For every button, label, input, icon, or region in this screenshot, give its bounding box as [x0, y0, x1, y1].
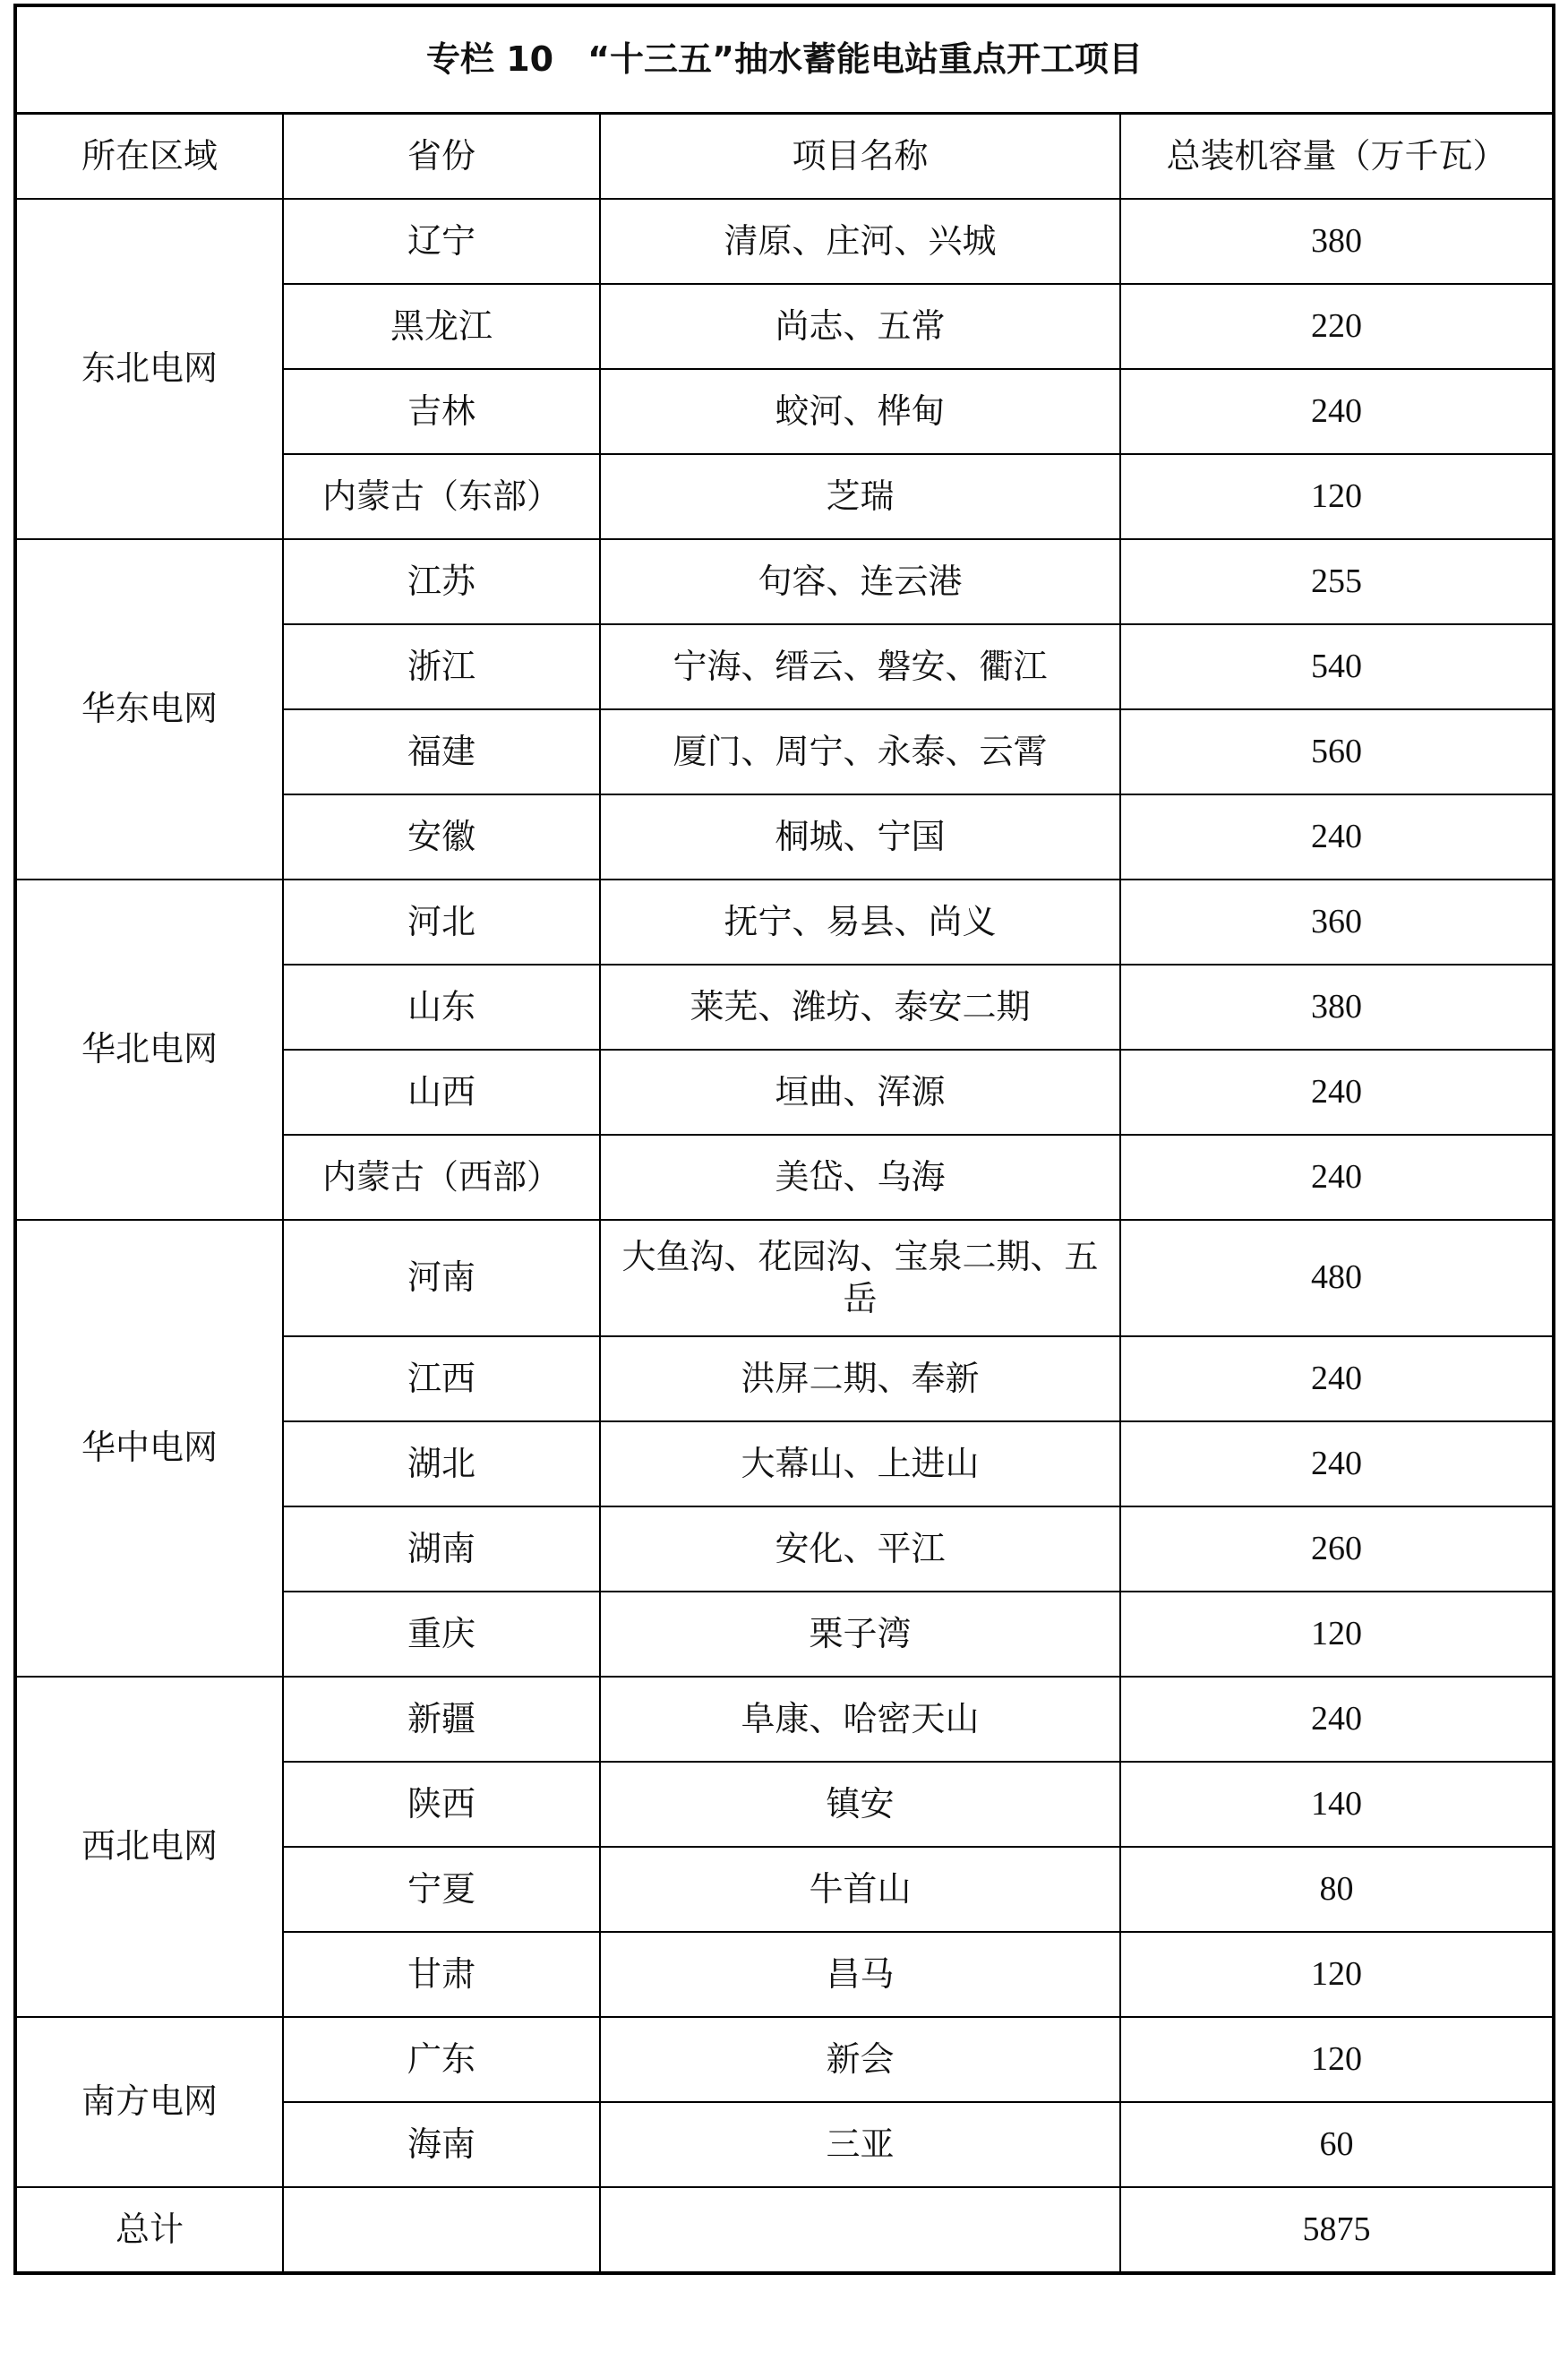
- capacity-cell: 120: [1120, 454, 1554, 539]
- capacity-cell: 240: [1120, 794, 1554, 880]
- province-cell: 新疆: [283, 1677, 600, 1762]
- capacity-cell: 240: [1120, 1135, 1554, 1220]
- project-cell: 芝瑞: [600, 454, 1120, 539]
- province-cell: 湖北: [283, 1421, 600, 1506]
- region-cell: 华东电网: [15, 539, 283, 880]
- province-cell: 福建: [283, 709, 600, 794]
- capacity-cell: 220: [1120, 284, 1554, 369]
- region-cell: 东北电网: [15, 199, 283, 539]
- region-cell: 华北电网: [15, 880, 283, 1220]
- project-cell: 新会: [600, 2017, 1120, 2102]
- project-cell: 尚志、五常: [600, 284, 1120, 369]
- project-cell: 镇安: [600, 1762, 1120, 1847]
- header-province: 省份: [283, 114, 600, 200]
- project-cell: 莱芜、潍坊、泰安二期: [600, 965, 1120, 1050]
- header-region: 所在区域: [15, 114, 283, 200]
- project-cell: 桐城、宁国: [600, 794, 1120, 880]
- capacity-cell: 360: [1120, 880, 1554, 965]
- capacity-cell: 240: [1120, 1336, 1554, 1421]
- province-cell: 浙江: [283, 624, 600, 709]
- capacity-cell: 260: [1120, 1506, 1554, 1592]
- province-cell: 山东: [283, 965, 600, 1050]
- capacity-cell: 240: [1120, 1050, 1554, 1135]
- capacity-cell: 60: [1120, 2102, 1554, 2187]
- project-cell: 美岱、乌海: [600, 1135, 1120, 1220]
- project-cell: 抚宁、易县、尚义: [600, 880, 1120, 965]
- capacity-cell: 480: [1120, 1220, 1554, 1336]
- header-project: 项目名称: [600, 114, 1120, 200]
- capacity-cell: 240: [1120, 1421, 1554, 1506]
- province-cell: 陕西: [283, 1762, 600, 1847]
- table-row: 东北电网辽宁清原、庄河、兴城380: [15, 199, 1554, 284]
- table-row: 西北电网新疆阜康、哈密天山240: [15, 1677, 1554, 1762]
- province-cell: 河北: [283, 880, 600, 965]
- province-cell: 江苏: [283, 539, 600, 624]
- header-capacity: 总装机容量（万千瓦）: [1120, 114, 1554, 200]
- total-label: 总计: [15, 2187, 283, 2273]
- project-cell: 宁海、缙云、磐安、衢江: [600, 624, 1120, 709]
- project-cell: 大鱼沟、花园沟、宝泉二期、五岳: [600, 1220, 1120, 1336]
- project-cell: 清原、庄河、兴城: [600, 199, 1120, 284]
- province-cell: 湖南: [283, 1506, 600, 1592]
- capacity-cell: 560: [1120, 709, 1554, 794]
- table-row: 华北电网河北抚宁、易县、尚义360: [15, 880, 1554, 965]
- capacity-cell: 120: [1120, 2017, 1554, 2102]
- province-cell: 河南: [283, 1220, 600, 1336]
- province-cell: 江西: [283, 1336, 600, 1421]
- province-cell: 山西: [283, 1050, 600, 1135]
- capacity-cell: 540: [1120, 624, 1554, 709]
- province-cell: 吉林: [283, 369, 600, 454]
- province-cell: 广东: [283, 2017, 600, 2102]
- capacity-cell: 240: [1120, 1677, 1554, 1762]
- project-cell: 昌马: [600, 1932, 1120, 2017]
- project-cell: 三亚: [600, 2102, 1120, 2187]
- project-cell: 牛首山: [600, 1847, 1120, 1932]
- total-province: [283, 2187, 600, 2273]
- province-cell: 宁夏: [283, 1847, 600, 1932]
- project-cell: 洪屏二期、奉新: [600, 1336, 1120, 1421]
- project-cell: 阜康、哈密天山: [600, 1677, 1120, 1762]
- capacity-cell: 80: [1120, 1847, 1554, 1932]
- capacity-cell: 380: [1120, 965, 1554, 1050]
- province-cell: 安徽: [283, 794, 600, 880]
- project-cell: 垣曲、浑源: [600, 1050, 1120, 1135]
- capacity-cell: 380: [1120, 199, 1554, 284]
- table-row: 华东电网江苏句容、连云港255: [15, 539, 1554, 624]
- total-row: 总计5875: [15, 2187, 1554, 2273]
- province-cell: 海南: [283, 2102, 600, 2187]
- province-cell: 内蒙古（东部）: [283, 454, 600, 539]
- table-row: 华中电网河南大鱼沟、花园沟、宝泉二期、五岳480: [15, 1220, 1554, 1336]
- province-cell: 内蒙古（西部）: [283, 1135, 600, 1220]
- project-cell: 厦门、周宁、永泰、云霄: [600, 709, 1120, 794]
- capacity-cell: 240: [1120, 369, 1554, 454]
- table-title: 专栏 10 “十三五”抽水蓄能电站重点开工项目: [15, 5, 1554, 114]
- project-cell: 句容、连云港: [600, 539, 1120, 624]
- capacity-cell: 120: [1120, 1932, 1554, 2017]
- province-cell: 甘肃: [283, 1932, 600, 2017]
- region-cell: 华中电网: [15, 1220, 283, 1677]
- project-cell: 蛟河、桦甸: [600, 369, 1120, 454]
- project-cell: 安化、平江: [600, 1506, 1120, 1592]
- project-cell: 栗子湾: [600, 1592, 1120, 1677]
- province-cell: 辽宁: [283, 199, 600, 284]
- total-project: [600, 2187, 1120, 2273]
- projects-table: 专栏 10 “十三五”抽水蓄能电站重点开工项目 所在区域 省份 项目名称 总装机…: [13, 4, 1555, 2275]
- capacity-cell: 120: [1120, 1592, 1554, 1677]
- region-cell: 西北电网: [15, 1677, 283, 2017]
- region-cell: 南方电网: [15, 2017, 283, 2187]
- header-row: 所在区域 省份 项目名称 总装机容量（万千瓦）: [15, 114, 1554, 200]
- project-cell: 大幕山、上进山: [600, 1421, 1120, 1506]
- capacity-cell: 140: [1120, 1762, 1554, 1847]
- province-cell: 黑龙江: [283, 284, 600, 369]
- province-cell: 重庆: [283, 1592, 600, 1677]
- capacity-cell: 255: [1120, 539, 1554, 624]
- total-capacity: 5875: [1120, 2187, 1554, 2273]
- table-row: 南方电网广东新会120: [15, 2017, 1554, 2102]
